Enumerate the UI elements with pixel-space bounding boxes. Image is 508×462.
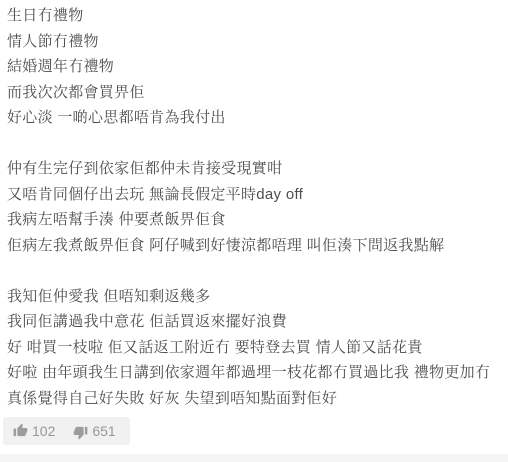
post-paragraph-3: 我知佢仲愛我 但唔知剩返幾多 我同佢講過我中意花 佢話買返來擺好浪費 好 咁買一… — [7, 284, 500, 412]
post-page: 生日冇禮物 情人節冇禮物 結婚週年冇禮物 而我次次都會買畀佢 好心淡 一啲心思都… — [0, 0, 508, 462]
post-line: 好啦 由年頭我生日講到依家週年都過埋一枝花都冇買過比我 禮物更加冇 — [7, 360, 500, 386]
post-line: 我病左唔幫手湊 仲要煮飯畀佢食 — [7, 207, 500, 233]
like-count: 102 — [32, 423, 55, 439]
post-body: 生日冇禮物 情人節冇禮物 結婚週年冇禮物 而我次次都會買畀佢 好心淡 一啲心思都… — [0, 0, 508, 411]
post-paragraph-2: 仲有生完仔到依家佢都仲未肯接受現實咁 又唔肯同個仔出去玩 無論長假定平時day … — [7, 156, 500, 258]
bottom-divider — [0, 454, 508, 462]
thumbs-up-icon — [13, 423, 28, 438]
like-button[interactable]: 102 — [13, 423, 55, 439]
post-line: 我知佢仲愛我 但唔知剩返幾多 — [7, 284, 500, 310]
vote-bar: 102 651 — [3, 417, 130, 445]
post-line: 好 咁買一枝啦 佢又話返工附近冇 要特登去買 情人節又話花貴 — [7, 335, 500, 361]
post-line: 佢病左我煮飯畀佢食 阿仔喊到好悽涼都唔理 叫佢湊下問返我點解 — [7, 233, 500, 259]
dislike-button[interactable]: 651 — [73, 422, 115, 440]
post-line: 生日冇禮物 — [7, 3, 500, 29]
post-line: 又唔肯同個仔出去玩 無論長假定平時day off — [7, 182, 500, 208]
post-line: 好心淡 一啲心思都唔肯為我付出 — [7, 105, 500, 131]
post-line: 情人節冇禮物 — [7, 29, 500, 55]
post-line: 結婚週年冇禮物 — [7, 54, 500, 80]
post-line: 我同佢講過我中意花 佢話買返來擺好浪費 — [7, 309, 500, 335]
post-paragraph-1: 生日冇禮物 情人節冇禮物 結婚週年冇禮物 而我次次都會買畀佢 好心淡 一啲心思都… — [7, 3, 500, 131]
post-line: 真係覺得自己好失敗 好灰 失望到唔知點面對佢好 — [7, 386, 500, 412]
post-line: 而我次次都會買畀佢 — [7, 80, 500, 106]
dislike-count: 651 — [92, 423, 115, 439]
thumbs-down-icon — [73, 425, 88, 440]
post-line: 仲有生完仔到依家佢都仲未肯接受現實咁 — [7, 156, 500, 182]
